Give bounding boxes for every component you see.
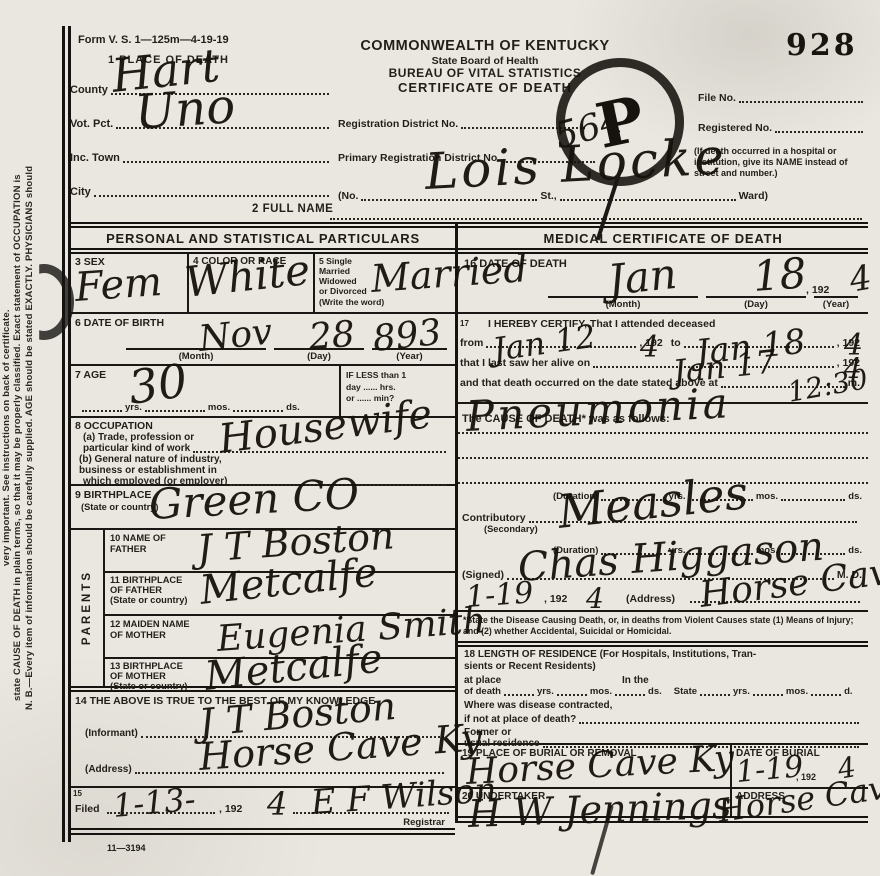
registrar-label: Registrar bbox=[403, 817, 445, 828]
occupation-b1: (b) General nature of industry, business… bbox=[79, 454, 455, 476]
undertaker-cell: 20 UNDERTAKER H W Jennings bbox=[458, 789, 730, 816]
state-label: State bbox=[674, 686, 697, 697]
margin-note-line2: state CAUSE OF DEATH in plain terms, so … bbox=[12, 0, 23, 876]
parents-label: PARENTS bbox=[81, 570, 93, 645]
signed-address-label: (Address) bbox=[626, 593, 675, 605]
duration-ds-1: ds. bbox=[848, 491, 862, 502]
age-mos-label: mos. bbox=[208, 402, 230, 413]
city-row: City bbox=[70, 186, 332, 198]
file-no-row: File No. bbox=[698, 92, 866, 104]
duration-mos-1: mos. bbox=[756, 491, 778, 502]
street-ward-blank bbox=[560, 192, 736, 201]
hw-undertaker: H W Jennings bbox=[467, 788, 732, 831]
vot-pct-label: Vot. Pct. bbox=[70, 118, 113, 130]
hw-dob-month: Nov bbox=[197, 316, 273, 356]
residence-block: 18 LENGTH OF RESIDENCE (For Hospitals, I… bbox=[458, 647, 868, 745]
hw-signed-date: 1-19 bbox=[465, 579, 534, 611]
hw-dod-day: 18 bbox=[752, 254, 808, 295]
inc-town-row: Inc. Town bbox=[70, 152, 332, 164]
residence-label: 18 LENGTH OF RESIDENCE (For Hospitals, I… bbox=[464, 649, 862, 673]
hw-dob-day: 28 bbox=[308, 319, 356, 355]
hw-dob-year: 893 bbox=[371, 317, 443, 356]
birthplace-label: 9 BIRTHPLACE bbox=[75, 489, 151, 501]
in-the-label: In the bbox=[622, 675, 649, 686]
hw-death-time: 12:30 bbox=[786, 366, 870, 405]
stamp-letter-p: P bbox=[590, 81, 651, 162]
undertaker-row: 20 UNDERTAKER H W Jennings ADDRESS Horse… bbox=[458, 789, 868, 823]
city-blank bbox=[94, 188, 329, 197]
contracted-label: Where was disease contracted, bbox=[464, 700, 862, 711]
dod-year-sublabel: (Year) bbox=[814, 296, 858, 310]
certify-item-number: 17 bbox=[460, 319, 469, 328]
from-label: from bbox=[460, 337, 483, 349]
filed-item-number: 15 bbox=[73, 789, 82, 798]
undertaker-address-cell: ADDRESS Horse Cave Ky bbox=[730, 789, 868, 816]
form-left-border bbox=[62, 26, 71, 842]
sex-race-marital-row: 3 SEX Fem 4 COLOR OR RACE White 5 Single… bbox=[71, 254, 455, 314]
contributory-sublabel: (Secondary) bbox=[484, 524, 538, 534]
birthplace-sublabel: (State or country) bbox=[81, 502, 158, 512]
marital-cell: 5 Single Married Widowed or Divorced (Wr… bbox=[313, 254, 455, 312]
of-death-label: of death bbox=[464, 686, 501, 697]
reg-district-label: Registration District No. bbox=[338, 118, 458, 130]
informant-address-label: (Address) bbox=[85, 764, 132, 775]
parents-block: PARENTS 10 NAME OF FATHER J T Boston 11 … bbox=[71, 530, 455, 692]
if-not-blank bbox=[579, 717, 859, 724]
to-label: to bbox=[671, 337, 681, 349]
date-of-birth-row: 6 DATE OF BIRTH Nov 28 893 (Month) (Day)… bbox=[71, 314, 455, 366]
scan-artifact-punch bbox=[14, 264, 74, 340]
signed-year-prefix: , 192 bbox=[544, 593, 567, 605]
street-ward-label: Ward) bbox=[739, 190, 768, 202]
parents-rows: 10 NAME OF FATHER J T Boston 11 BIRTHPLA… bbox=[105, 530, 455, 686]
file-no-blank bbox=[739, 94, 863, 103]
full-name-label: 2 FULL NAME bbox=[252, 203, 333, 215]
hw-age: 30 bbox=[126, 360, 190, 409]
residence-values-line: of death yrs. mos. ds. State yrs. mos. d… bbox=[464, 686, 862, 697]
margin-note-line1: N. B.—Every item of information should b… bbox=[24, 0, 35, 876]
hw-contributory: Measles bbox=[556, 472, 750, 533]
signed-date-address-row: 1-19 , 192 4 (Address) Horse Cave Ky bbox=[458, 586, 868, 612]
inc-town-blank bbox=[123, 154, 329, 163]
death-certificate-scan: N. B.—Every item of information should b… bbox=[0, 0, 880, 876]
file-no-label: File No. bbox=[698, 92, 736, 104]
hw-vot-pct: Uno bbox=[133, 85, 236, 135]
sex-cell: 3 SEX Fem bbox=[71, 254, 187, 312]
medical-column: MEDICAL CERTIFICATE OF DEATH 16 DATE OF … bbox=[455, 222, 868, 823]
hw-dod-year: 4 bbox=[847, 262, 874, 296]
at-place-label: at place bbox=[464, 675, 501, 686]
filed-year-prefix: , 192 bbox=[219, 803, 242, 815]
filed-label: Filed bbox=[75, 803, 100, 815]
attest-block: 14 THE ABOVE IS TRUE TO THE BEST OF MY K… bbox=[71, 692, 455, 788]
form-body: PERSONAL AND STATISTICAL PARTICULARS 3 S… bbox=[71, 222, 868, 853]
commonwealth-title: COMMONWEALTH OF KENTUCKY bbox=[332, 38, 638, 55]
hw-dod-month: Jan bbox=[606, 255, 679, 300]
hw-cause-of-death: Pneumonia bbox=[465, 384, 731, 436]
if-not-line: if not at place of death? bbox=[464, 714, 862, 725]
certificate-number: 928 bbox=[786, 28, 858, 63]
hw-marital: Married bbox=[370, 251, 529, 296]
occupation-a2: particular kind of work bbox=[83, 443, 190, 454]
dod-year-prefix: , 192 bbox=[806, 284, 829, 296]
former-label: Former or bbox=[464, 727, 862, 738]
hw-filed-date: 1-13- bbox=[112, 785, 197, 821]
dod-sublabels: (Month) (Day) (Year) bbox=[548, 296, 858, 310]
city-label: City bbox=[70, 186, 91, 198]
residence-at-place-line: at place In the bbox=[464, 675, 862, 686]
street-no-label: (No. bbox=[338, 190, 358, 202]
parents-label-cell: PARENTS bbox=[71, 530, 105, 686]
hw-filed-year: 4 bbox=[267, 790, 287, 819]
hw-birthplace: Green CO bbox=[148, 475, 360, 524]
personal-column: PERSONAL AND STATISTICAL PARTICULARS 3 S… bbox=[71, 222, 455, 853]
filed-row: 15 Filed , 192 Registrar 1-13- 4 E F Wil… bbox=[71, 788, 455, 835]
hw-from-year: 4 bbox=[640, 334, 659, 361]
plate-number: 11—3194 bbox=[71, 835, 455, 853]
contributory-label: Contributory bbox=[462, 512, 526, 524]
hw-color-race: White bbox=[183, 251, 312, 302]
margin-note-line3: very important. See instructions on back… bbox=[1, 0, 12, 876]
burial-place-cell: 19 PLACE OF BURIAL OR REMOVAL Horse Cave… bbox=[458, 745, 730, 787]
age-label: 7 AGE bbox=[75, 369, 106, 381]
hw-sex: Fem bbox=[74, 264, 163, 306]
dob-label: 6 DATE OF BIRTH bbox=[75, 317, 164, 329]
informant-label: (Informant) bbox=[85, 728, 138, 739]
county-label: County bbox=[70, 84, 108, 96]
color-race-cell: 4 COLOR OR RACE White bbox=[187, 254, 313, 312]
hw-burial-place: Horse Cave Ky bbox=[465, 743, 735, 789]
full-name-blank bbox=[330, 218, 862, 220]
cause-footnote: *State the Disease Causing Death, or, in… bbox=[458, 612, 868, 647]
hw-signed-year: 4 bbox=[586, 586, 604, 611]
cause-of-death-row: The CAUSE OF DEATH* was as follows: Pneu… bbox=[458, 404, 868, 434]
registered-no-blank bbox=[775, 124, 863, 133]
inc-town-label: Inc. Town bbox=[70, 152, 120, 164]
